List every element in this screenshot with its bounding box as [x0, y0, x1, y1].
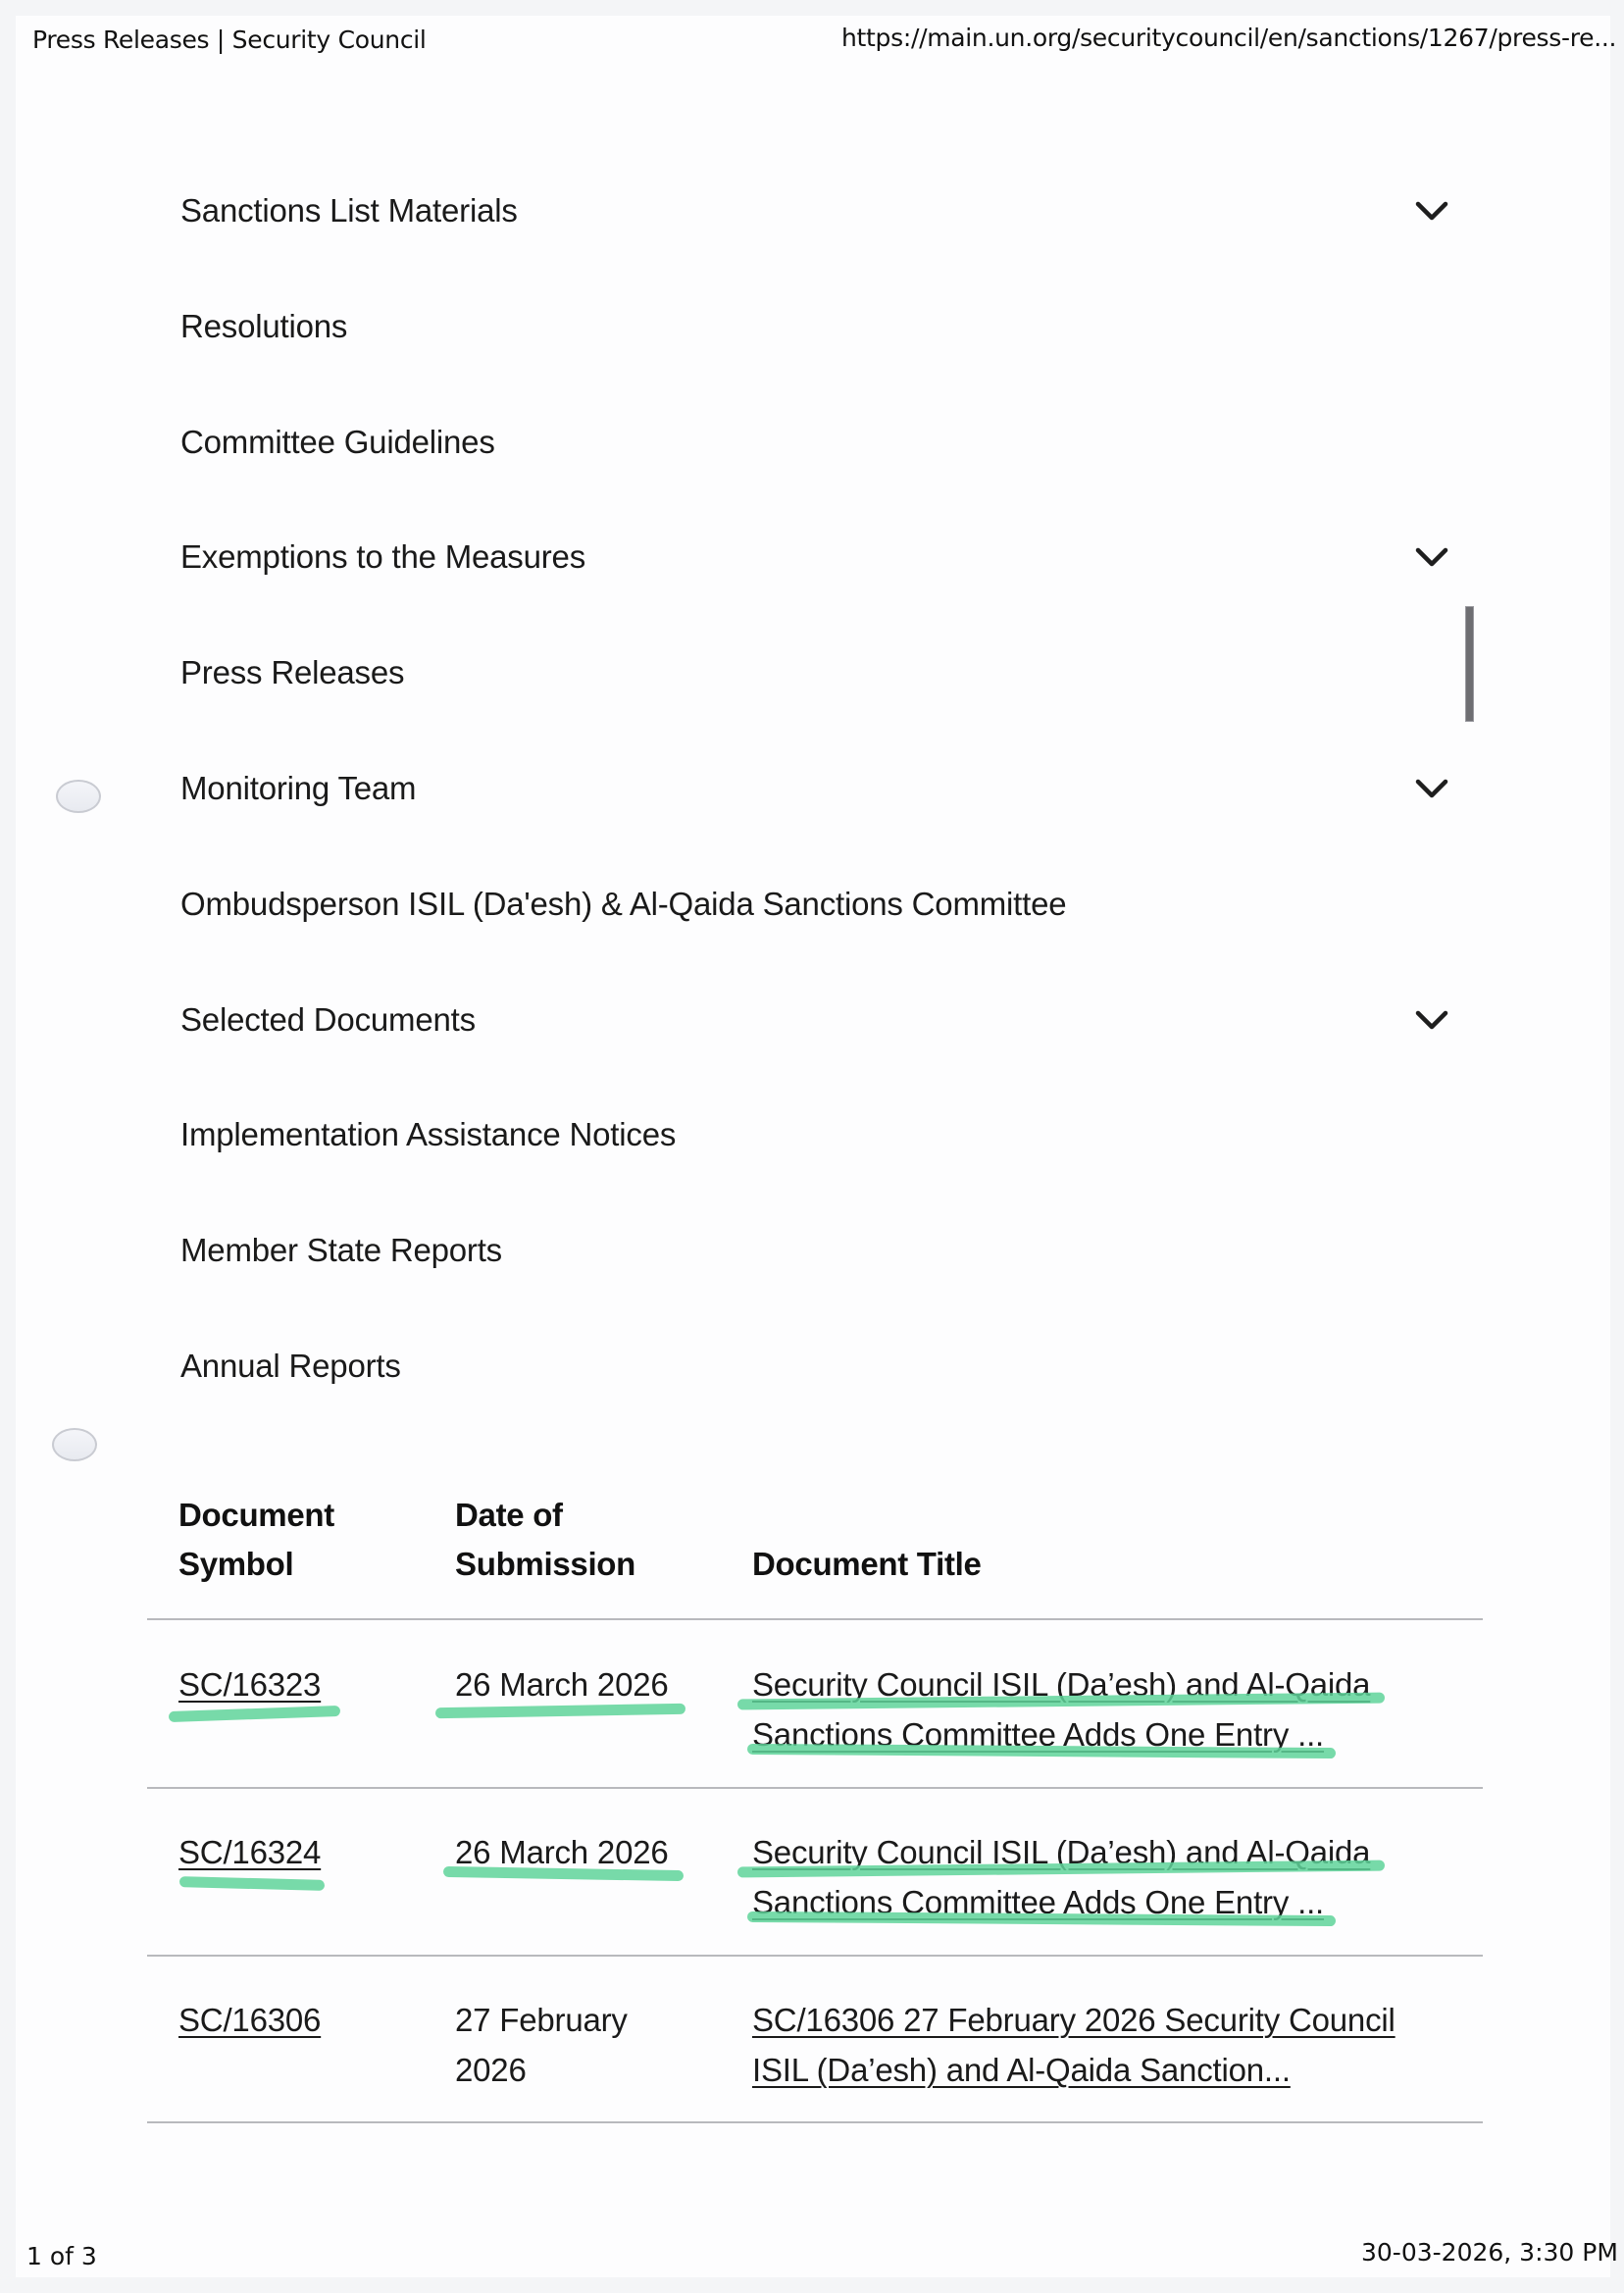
date-line: 26 March 2026 [455, 1659, 669, 1709]
menu-item-label: Exemptions to the Measures [180, 538, 585, 576]
scrollbar-thumb[interactable] [1465, 606, 1474, 722]
menu-item-press-releases[interactable]: Press Releases [180, 643, 1465, 702]
date-cell: 26 March 2026 [455, 1659, 669, 1709]
menu-item-label: Monitoring Team [180, 770, 416, 807]
menu-item-label: Implementation Assistance Notices [180, 1116, 676, 1153]
menu-item-resolutions[interactable]: Resolutions [180, 297, 1465, 356]
page-url: https://main.un.org/securitycouncil/en/s… [841, 24, 1616, 52]
row-divider [147, 2121, 1483, 2123]
document-symbol-link[interactable]: SC/16306 [178, 2002, 321, 2038]
menu-item-selected-documents[interactable]: Selected Documents [180, 991, 1465, 1049]
table-header-divider [147, 1618, 1483, 1620]
date-line: 27 February [455, 1995, 628, 2045]
menu-item-label: Press Releases [180, 654, 404, 691]
header-line: Document [178, 1491, 334, 1540]
menu-item-committee-guidelines[interactable]: Committee Guidelines [180, 413, 1465, 472]
menu-item-annual-reports[interactable]: Annual Reports [180, 1337, 1465, 1396]
column-header-document-symbol: Document Symbol [178, 1491, 334, 1589]
menu-item-label: Selected Documents [180, 1001, 476, 1039]
page-title: Press Releases | Security Council [32, 25, 427, 54]
menu-item-monitoring-team[interactable]: Monitoring Team [180, 759, 1465, 818]
row-divider [147, 1787, 1483, 1789]
document-symbol-link[interactable]: SC/16324 [178, 1834, 321, 1870]
column-header-date: Date of Submission [455, 1491, 635, 1589]
row-divider [147, 1955, 1483, 1957]
column-header-document-title: Document Title [752, 1540, 982, 1589]
punch-hole [56, 780, 101, 813]
punch-hole [52, 1428, 97, 1461]
chevron-down-icon[interactable] [1412, 196, 1451, 226]
menu-item-label: Resolutions [180, 308, 347, 345]
chevron-down-icon[interactable] [1412, 774, 1451, 803]
menu-item-label: Member State Reports [180, 1232, 502, 1269]
menu-item-label: Committee Guidelines [180, 424, 495, 461]
menu-item-label: Ombudsperson ISIL (Da'esh) & Al-Qaida Sa… [180, 886, 1066, 923]
document-title-link[interactable]: SC/16306 27 February 2026 Security Counc… [752, 2002, 1396, 2038]
header-line: Date of [455, 1491, 635, 1540]
page-indicator: 1 of 3 [26, 2242, 97, 2270]
chevron-down-icon[interactable] [1412, 1005, 1451, 1035]
document-symbol-cell: SC/16324 [178, 1827, 321, 1877]
chevron-down-icon[interactable] [1412, 542, 1451, 572]
document-title-cell: SC/16306 27 February 2026 Security Counc… [752, 1995, 1396, 2095]
menu-item-sanctions-list-materials[interactable]: Sanctions List Materials [180, 181, 1465, 240]
date-line: 2026 [455, 2045, 628, 2095]
date-cell: 27 February2026 [455, 1995, 628, 2095]
header-line: Symbol [178, 1540, 334, 1589]
menu-item-ombudsperson-isil-da-esh-al-qaida-sanctions-committee[interactable]: Ombudsperson ISIL (Da'esh) & Al-Qaida Sa… [180, 875, 1465, 934]
menu-item-exemptions-to-the-measures[interactable]: Exemptions to the Measures [180, 528, 1465, 586]
document-symbol-cell: SC/16306 [178, 1995, 321, 2045]
document-symbol-cell: SC/16323 [178, 1659, 321, 1709]
menu-item-member-state-reports[interactable]: Member State Reports [180, 1221, 1465, 1280]
menu-item-label: Annual Reports [180, 1348, 401, 1385]
menu-item-implementation-assistance-notices[interactable]: Implementation Assistance Notices [180, 1105, 1465, 1164]
document-title-link[interactable]: ISIL (Da’esh) and Al-Qaida Sanction... [752, 2052, 1291, 2088]
document-symbol-link[interactable]: SC/16323 [178, 1666, 321, 1703]
header-line: Document Title [752, 1540, 982, 1589]
menu-item-label: Sanctions List Materials [180, 192, 518, 229]
printed-datetime: 30-03-2026, 3:30 PM [1361, 2238, 1618, 2267]
header-line: Submission [455, 1540, 635, 1589]
